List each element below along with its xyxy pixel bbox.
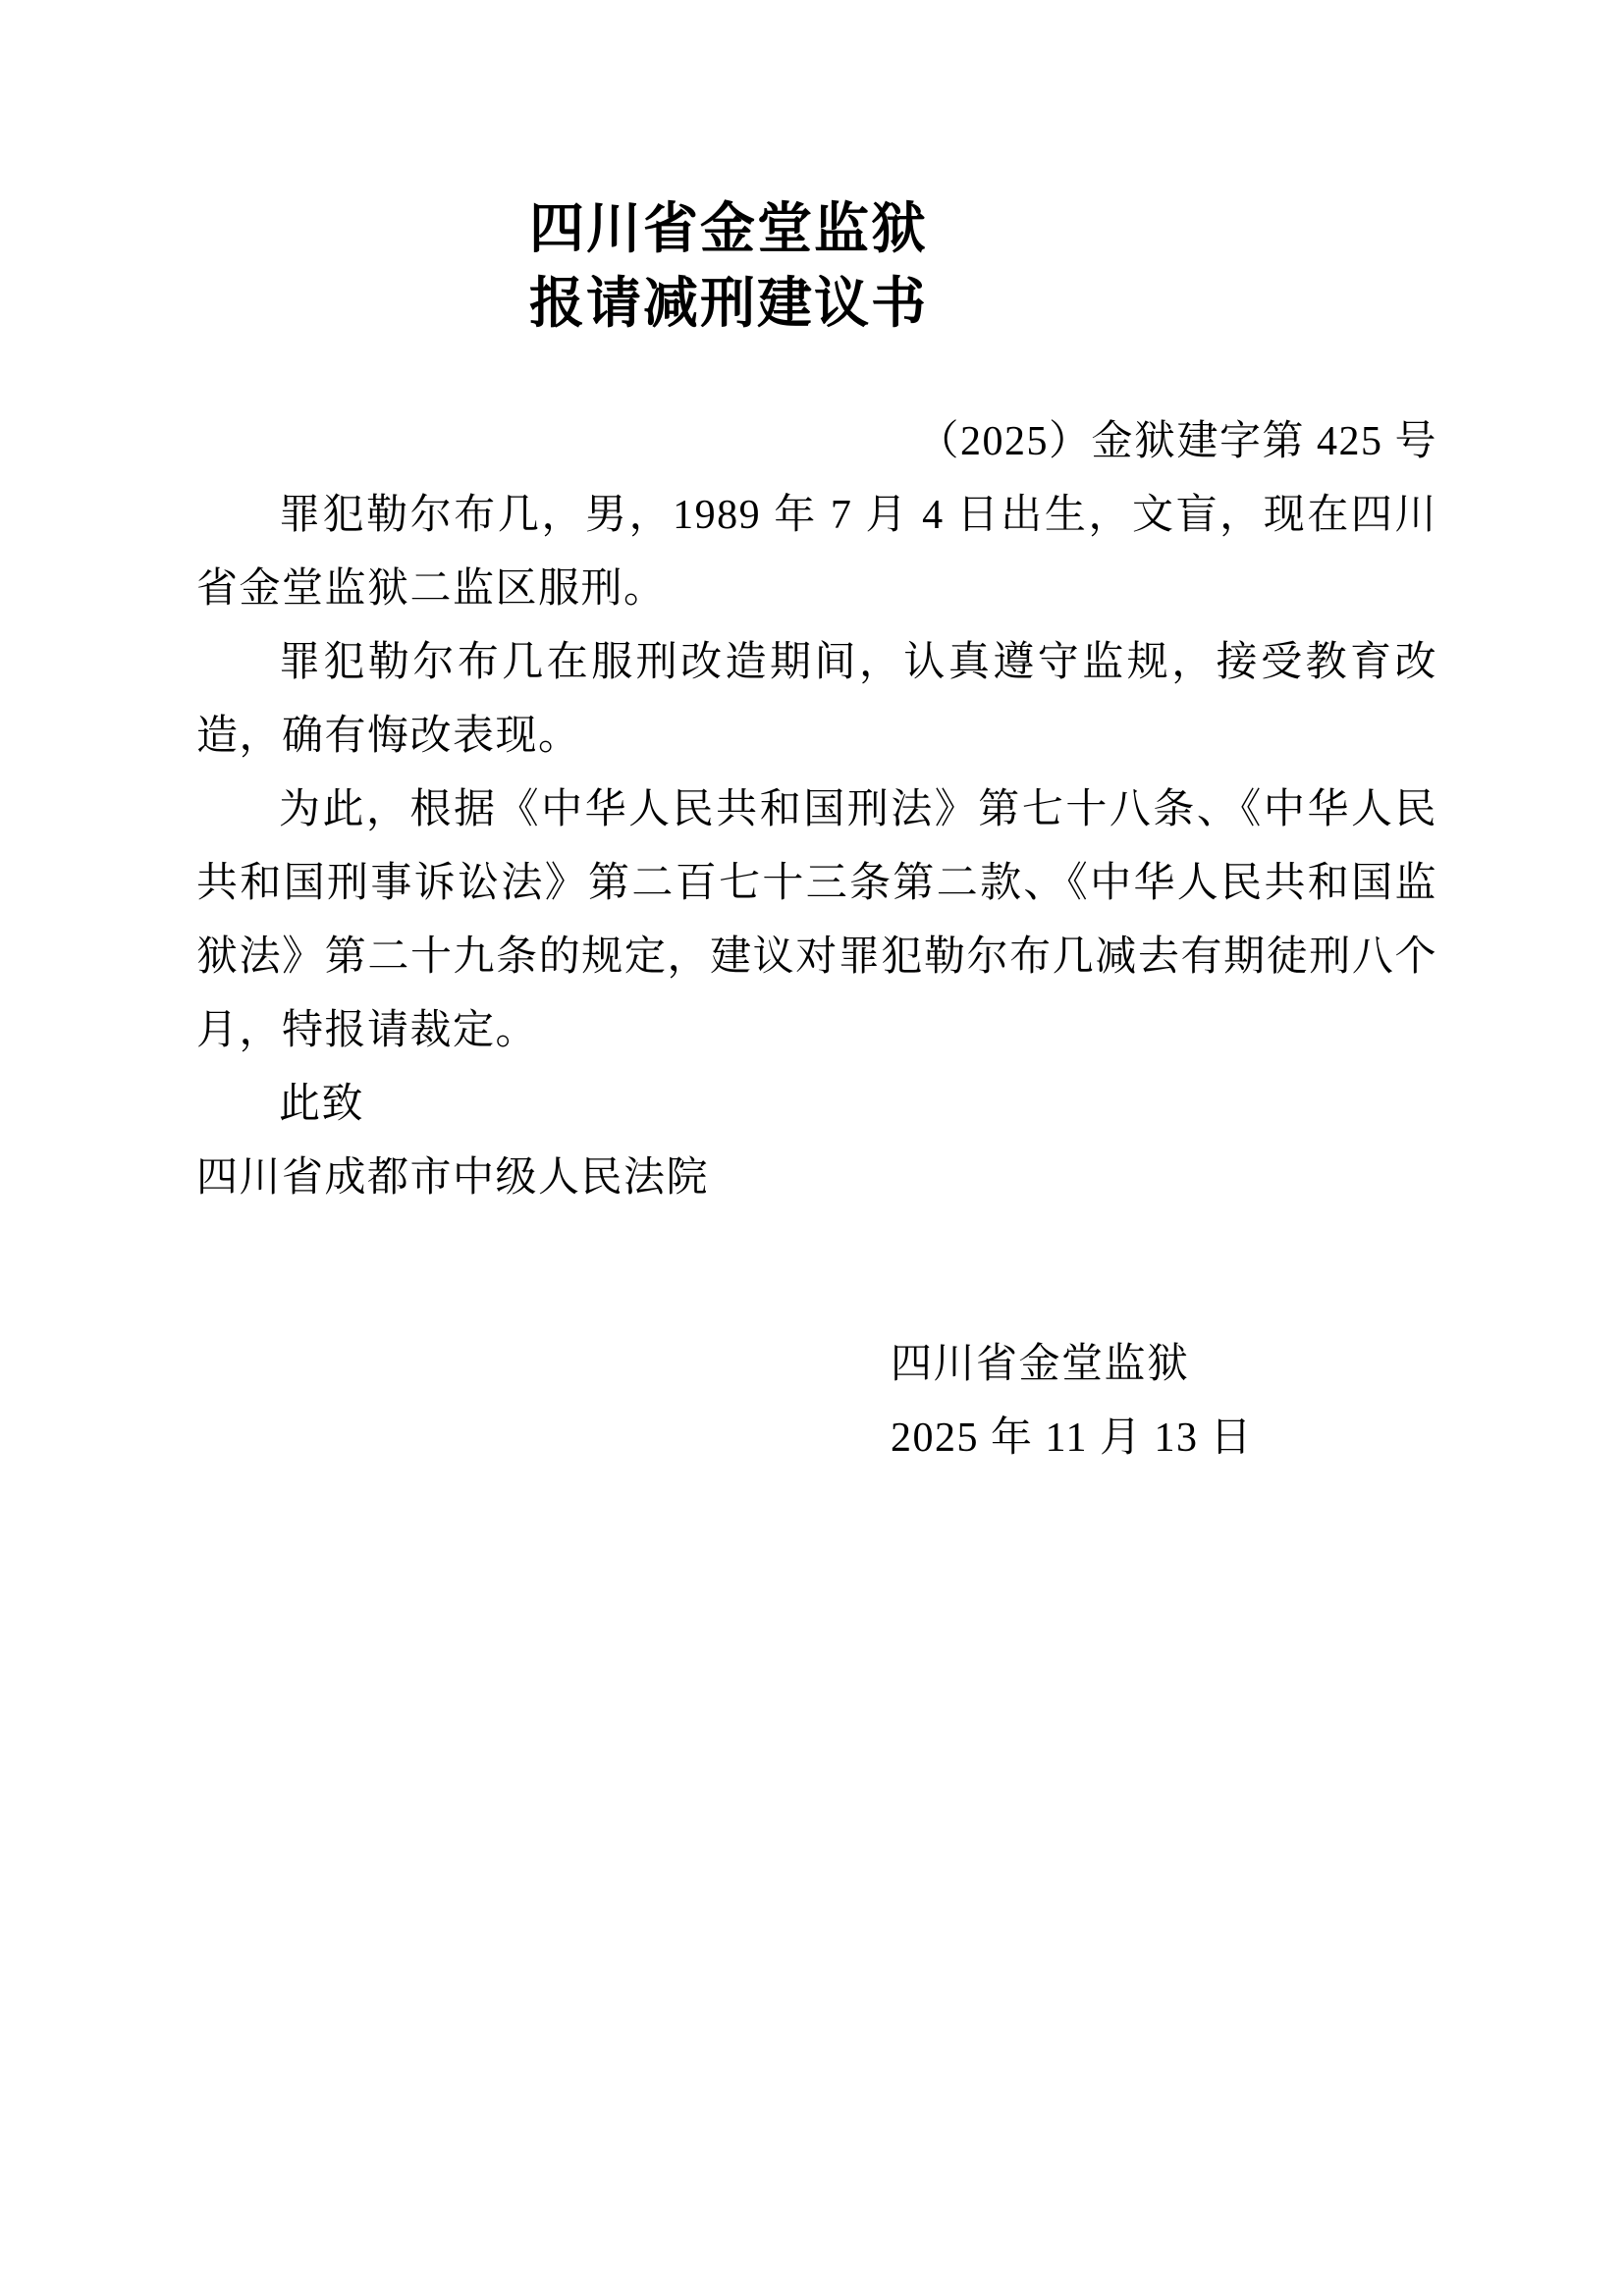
document-number: （2025）金狱建字第 425 号 [196, 405, 1437, 479]
title-line-1: 四川省金堂监狱 [0, 191, 1457, 266]
signature-block: 四川省金堂监狱 2025 年 11 月 13 日 [891, 1328, 1437, 1475]
paragraph-offender-info: 罪犯勒尔布几，男，1989 年 7 月 4 日出生，文盲，现在四川省金堂监狱二监… [196, 479, 1437, 626]
signature-organization: 四川省金堂监狱 [891, 1328, 1437, 1402]
document-page: 四川省金堂监狱 报请减刑建议书 （2025）金狱建字第 425 号 罪犯勒尔布几… [0, 0, 1624, 2296]
recipient-court: 四川省成都市中级人民法院 [196, 1142, 1437, 1215]
paragraph-behavior: 罪犯勒尔布几在服刑改造期间，认真遵守监规，接受教育改造，确有悔改表现。 [196, 626, 1437, 774]
paragraph-legal-basis: 为此，根据《中华人民共和国刑法》第七十八条、《中华人民共和国刑事诉讼法》第二百七… [196, 774, 1437, 1068]
document-body: （2025）金狱建字第 425 号 罪犯勒尔布几，男，1989 年 7 月 4 … [196, 405, 1437, 1475]
document-title: 四川省金堂监狱 报请减刑建议书 [0, 191, 1457, 341]
salutation: 此致 [196, 1068, 1437, 1142]
signature-date: 2025 年 11 月 13 日 [891, 1402, 1437, 1475]
title-line-2: 报请减刑建议书 [0, 266, 1457, 341]
